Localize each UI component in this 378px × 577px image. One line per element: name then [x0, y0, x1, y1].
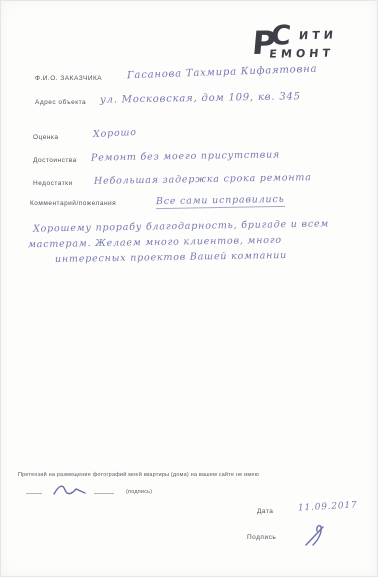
rating-value-handwriting: Хорошо — [93, 127, 137, 140]
comments-label: Комментарий/пожелания — [30, 200, 116, 207]
advantages-value-handwriting: Ремонт без моего присутствия — [91, 149, 280, 163]
note-line-3-handwriting: интересных проектов Вашей компании — [55, 250, 287, 265]
rating-label: Оценка — [33, 134, 59, 141]
note-line-1-handwriting: Хорошему прорабу благодарность, бригаде … — [33, 218, 329, 234]
logo-monogram-c: С — [270, 22, 292, 49]
bottom-signature-mark — [303, 523, 333, 549]
consent-signature-mark — [52, 481, 88, 499]
address-label: Адрес объекта — [35, 99, 86, 106]
bottom-signature-label: Подпись — [247, 534, 276, 541]
disadvantages-value-handwriting: Небольшая задержка срока ремонта — [94, 172, 312, 187]
scanned-form-page: Р С ИТИ ЕМОНТ Ф.И.О. ЗАКАЗЧИКА Гасанова … — [0, 0, 378, 577]
signature-line-dash-2 — [94, 493, 114, 494]
disadvantages-label: Недостатки — [33, 180, 73, 187]
date-label: Дата — [257, 508, 273, 515]
advantages-label: Достоинства — [33, 157, 77, 164]
comments-value-handwriting: Все сами исправились — [156, 194, 285, 209]
photo-consent-text: Претензий на размещение фотографий моей … — [18, 472, 259, 478]
fio-label: Ф.И.О. ЗАКАЗЧИКА — [35, 75, 102, 82]
signature-caption: (подпись) — [126, 489, 152, 495]
logo-text-iti: ИТИ — [298, 29, 337, 43]
logo-text-emont: ЕМОНТ — [269, 47, 335, 61]
note-line-2-handwriting: мастерам. Желаем много клиентов, много — [28, 235, 282, 250]
date-value-handwriting: 11.09.2017 — [298, 500, 358, 513]
signature-line-dash — [26, 493, 42, 494]
address-value-handwriting: ул. Московская, дом 109, кв. 345 — [100, 91, 301, 106]
fio-value-handwriting: Гасанова Тахмира Кифаятовна — [127, 64, 318, 82]
